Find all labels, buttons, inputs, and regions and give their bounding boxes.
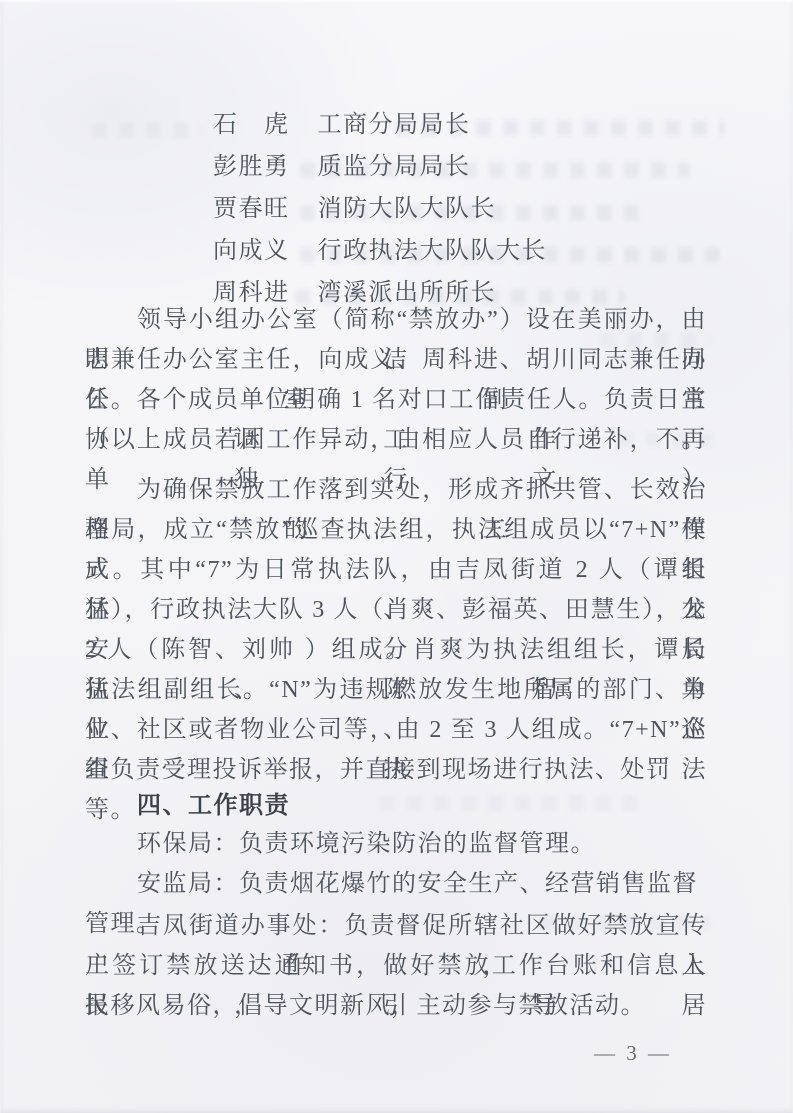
roster-row: 贾春旺 消防大队大队长 (85, 188, 707, 230)
page-number: — 3 — (578, 1040, 688, 1066)
paragraph-line: 户签订禁放送达通知书，做好禁放工作台账和信息上报，引导居 (85, 946, 707, 986)
duty-line-epb: 环保局：负责环境污染防治的监督管理。 (85, 824, 707, 864)
roster-list: 石 虎 工商分局局长 彭胜勇 质监分局局长 贾春旺 消防大队大队长 向成义 行政… (85, 104, 707, 314)
paragraph-street-office: 吉凤街道办事处：负责督促所辖社区做好禁放宣传工作，入 户签订禁放送达通知书，做好… (85, 906, 707, 1026)
paragraph-line: 格局，成立“禁放”巡查执法组，执法组成员以“7+N”模式组 (85, 510, 707, 550)
paragraph-line: （以上成员若因工作异动，由相应人员自行递补，不再单独行文） (85, 420, 707, 460)
roster-row: 向成义 行政执法大队队大长 (85, 230, 707, 272)
scanned-document-page: 石 虎 工商分局局长 彭胜勇 质监分局局长 贾春旺 消防大队大队长 向成义 行政… (0, 0, 793, 1113)
section-heading-duties: 四、工作职责 (85, 786, 707, 826)
duty-line-safety: 安监局：负责烟花爆竹的安全生产、经营销售监督管理。 (85, 864, 707, 904)
paragraph-line: 环保局：负责环境污染防治的监督管理。 (85, 824, 707, 864)
official-title: 消防大队大队长 (318, 196, 497, 222)
paragraph-line: 成。其中“7”为日常执法队，由吉凤街道 2 人（谭长猛、龙 (85, 550, 707, 590)
official-name: 向成义 (213, 230, 310, 272)
paragraph-line: 业、社区或者物业公司等，由 2 至 3 人组成。“7+N”巡查执法 (85, 710, 707, 750)
section-heading-text: 四、工作职责 (85, 786, 707, 826)
paragraph-line: 民移风易俗，倡导文明新风，主动参与禁放活动。 (85, 986, 707, 1026)
paragraph-enforcement: 为确保禁放工作落到实处，形成齐抓共管、长效治理的工作 格局，成立“禁放”巡查执法… (85, 470, 707, 790)
paragraph-line: 2 人（陈智、刘帅 ）组成。肖爽为执法组组长，谭长猛、陈智为 (85, 630, 707, 670)
paragraph-line: 组负责受理投诉举报，并直接到现场进行执法、处罚等。 (85, 750, 707, 790)
paragraph-line: 执法组副组长。“N”为违规燃放发生地所属的部门、单位、企 (85, 670, 707, 710)
official-title: 质监分局局长 (318, 154, 471, 180)
paragraph-line: 领导小组办公室（简称“禁放办”）设在美丽办，由明洁同 (85, 300, 707, 340)
official-name: 彭胜勇 (213, 146, 310, 188)
paragraph-line: 为确保禁放工作落到实处，形成齐抓共管、长效治理的工作 (85, 470, 707, 510)
paragraph-line: 吉凤街道办事处：负责督促所辖社区做好禁放宣传工作，入 (85, 906, 707, 946)
official-title: 工商分局局长 (318, 112, 471, 138)
official-title: 行政执法大队队大长 (318, 238, 548, 264)
paragraph-line: 林），行政执法大队 3 人（肖爽、彭福英、田慧生），公安分局 (85, 590, 707, 630)
paragraph-line: 志兼任办公室主任，向成义、周科进、胡川同志兼任办公室副主 (85, 340, 707, 380)
paragraph-line: 任。各个成员单位明确 1 名对口工作责任人。负责日常协调工作。 (85, 380, 707, 420)
roster-row: 石 虎 工商分局局长 (85, 104, 707, 146)
official-name: 贾春旺 (213, 188, 310, 230)
roster-row: 彭胜勇 质监分局局长 (85, 146, 707, 188)
official-name: 石 虎 (213, 104, 310, 146)
paragraph-office: 领导小组办公室（简称“禁放办”）设在美丽办，由明洁同 志兼任办公室主任，向成义、… (85, 300, 707, 460)
paragraph-line: 安监局：负责烟花爆竹的安全生产、经营销售监督管理。 (85, 864, 707, 904)
